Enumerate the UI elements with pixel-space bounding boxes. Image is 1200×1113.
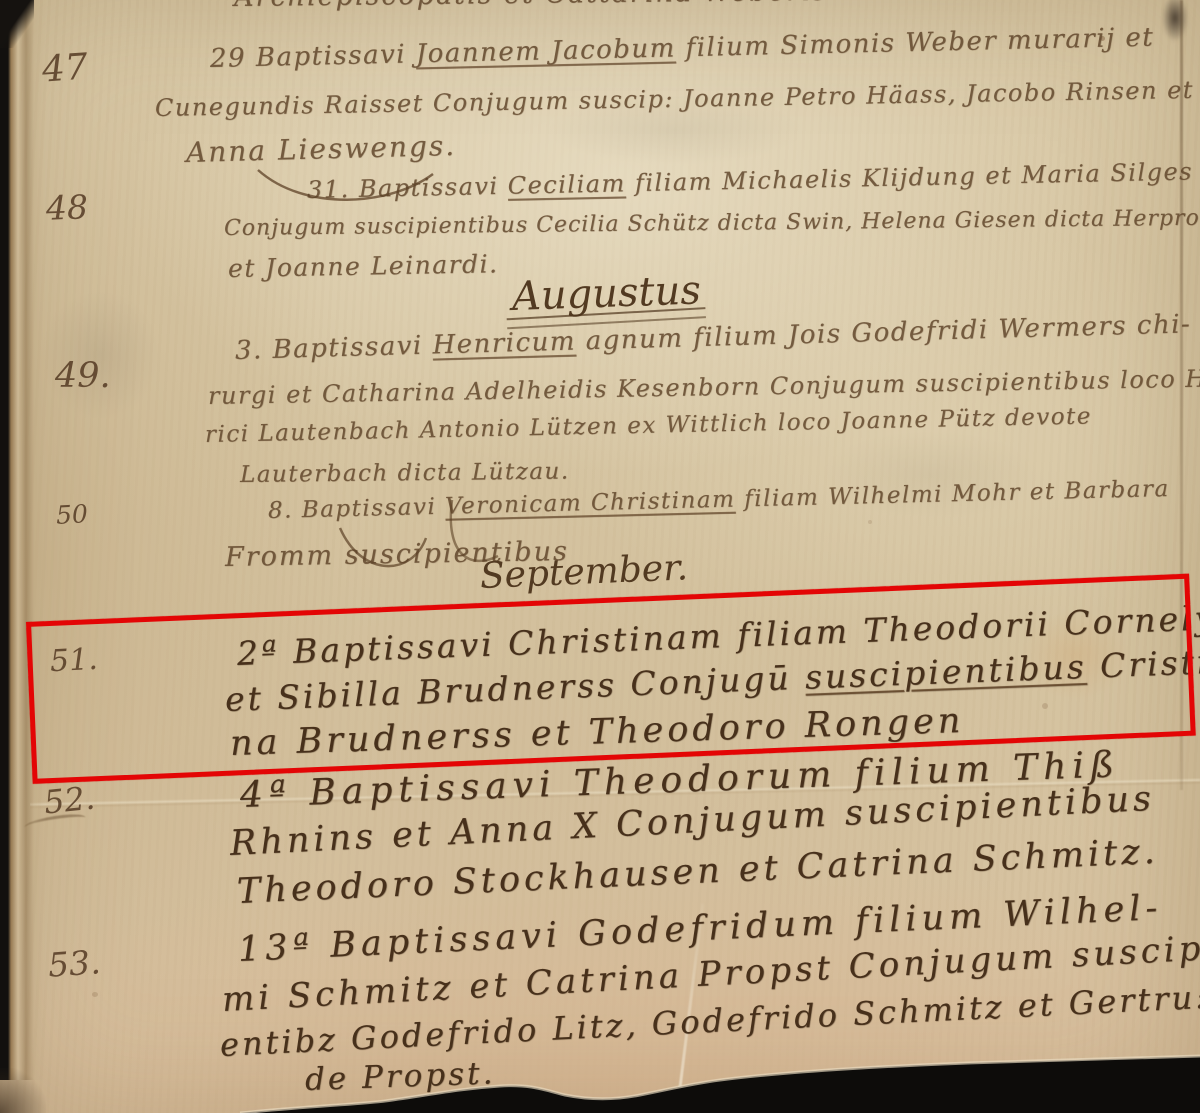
paper-stain — [40, 290, 160, 420]
entry-49-line-3: rici Lautenbach Antonio Lützen ex Wittli… — [205, 403, 1092, 448]
binding-gutter-top — [0, 0, 34, 48]
entry-47-line-1-rest: filium Simonis Weber murarij et — [675, 23, 1154, 64]
month-header-august: Augustus — [511, 267, 701, 320]
entry-47-line-3: Anna Lieswengs. — [186, 129, 457, 169]
entry-48-day: 31. Baptissavi — [307, 172, 508, 204]
entry-50-line-1-rest: filiam Wilhelmi Mohr et Barbara — [735, 476, 1170, 513]
entry-50-day: 8. Baptissavi — [268, 494, 446, 524]
month-header-september: September. — [479, 547, 689, 597]
month-header-august-text: Augustus — [511, 267, 701, 320]
binding-gutter — [0, 0, 46, 1080]
entry-49-line-2: rurgi et Catharina Adelheidis Kesenborn … — [208, 364, 1200, 410]
margin-number-52: 52. — [42, 778, 97, 821]
entry-49-line-1: 3. Baptissavi Henricum agnum filium Jois… — [235, 309, 1192, 366]
entry-48-child-name: Ceciliam — [507, 169, 626, 199]
entry-49-child-name: Henricum — [432, 326, 576, 360]
margin-number-48: 48 — [45, 187, 88, 227]
entry-47-child-name: Joannem Jacobum — [415, 33, 676, 69]
entry-49-day: 3. Baptissavi — [235, 330, 433, 366]
entry-48-line-1: 31. Baptissavi Ceciliam filiam Michaelis… — [307, 157, 1194, 204]
entry-49-line-4: Lauterbach dicta Lützau. — [240, 459, 570, 488]
bottom-left-shadow — [0, 1068, 46, 1113]
paper-fleck — [868, 520, 872, 524]
entry-48-line-3: et Joanne Leinardi. — [228, 249, 499, 283]
top-clipped-line: Archiepiscopatis et Cattarina Weberis — [234, 0, 828, 13]
margin-number-53: 53. — [47, 942, 102, 985]
entry-47-day: 29 Baptissavi — [210, 39, 416, 74]
entry-48-line-1-rest: filiam Michaelis Klijdung et Maria Silge… — [625, 157, 1193, 197]
paper-fleck — [92, 992, 98, 997]
entry-47-line-1: 29 Baptissavi Joannem Jacobum filium Sim… — [210, 23, 1155, 74]
top-right-ink-smudge — [1162, 0, 1188, 42]
entry-47-line-2: Cunegundis Raisset Conjugum suscip: Joan… — [155, 76, 1194, 122]
margin-number-47: 47 — [41, 46, 90, 90]
margin-number-49: 49. — [55, 356, 111, 396]
entry-53-line-4: de Propst. — [304, 1055, 496, 1098]
entry-48-line-2: Conjugum suscipientibus Cecilia Schütz d… — [224, 205, 1200, 241]
entry-50-child-name: Veronicam Christinam — [445, 487, 736, 520]
margin-number-50: 50 — [55, 499, 88, 530]
register-scan-page: 47 48 49. 50 51. 52. 53. Archiepiscopati… — [0, 0, 1200, 1113]
